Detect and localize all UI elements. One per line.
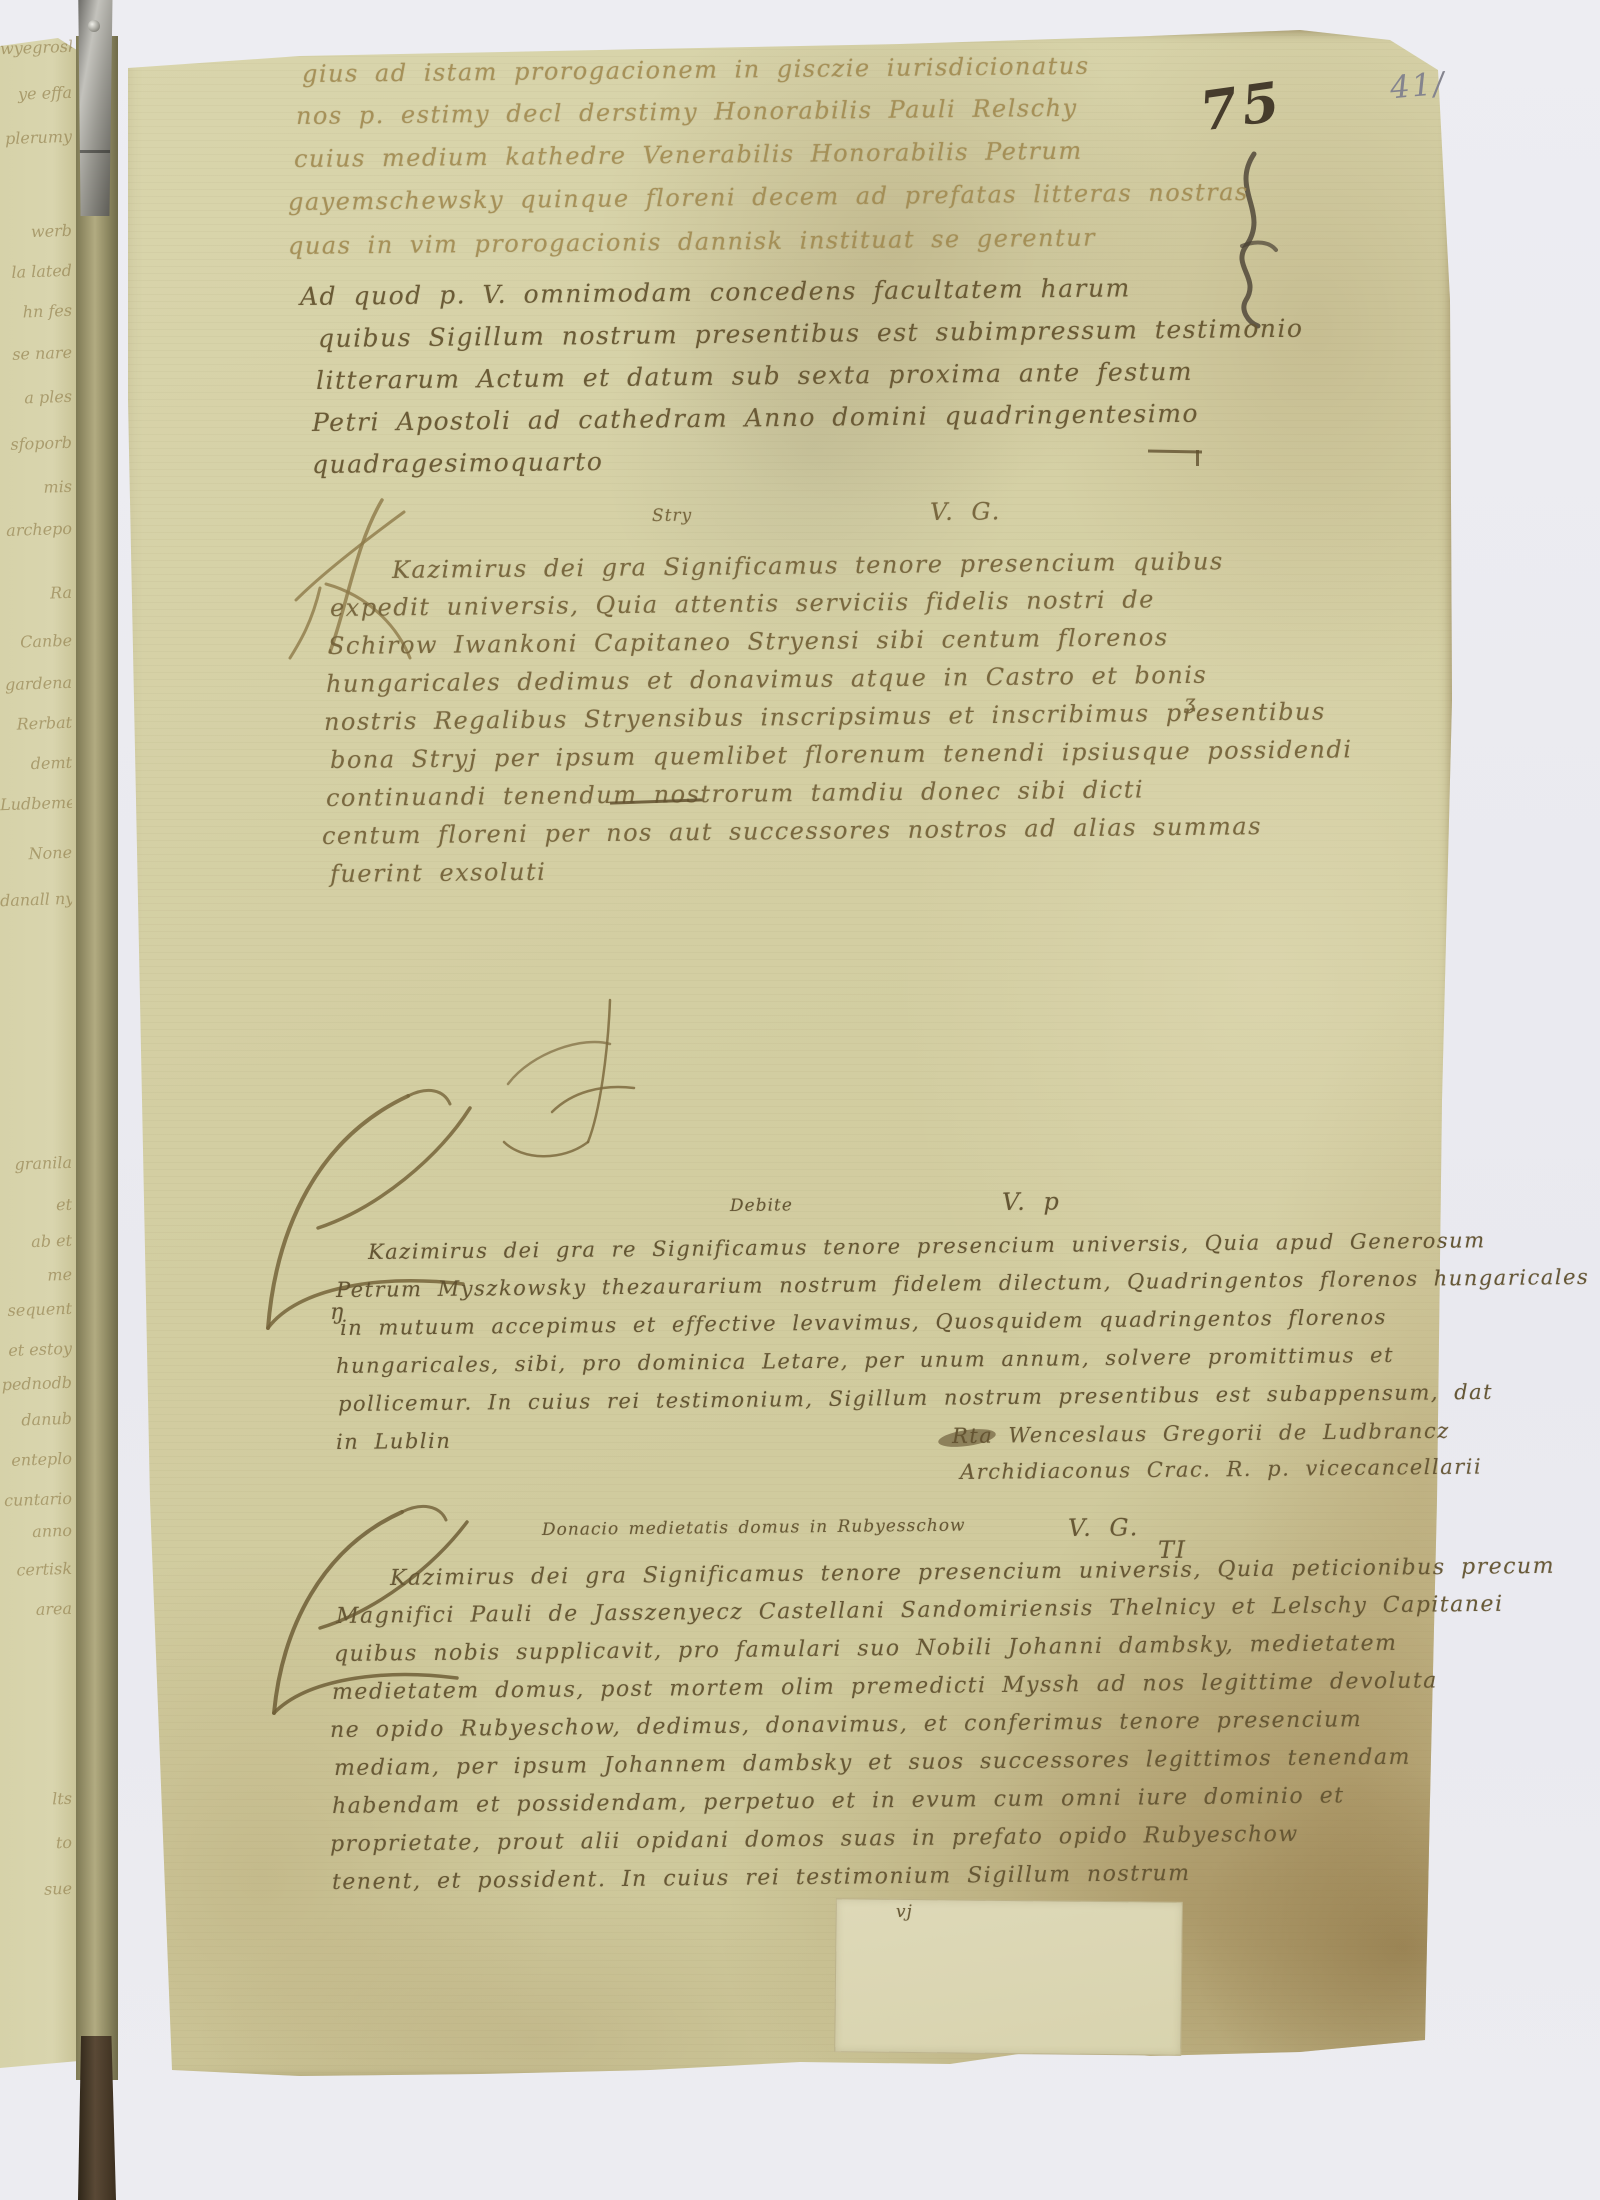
margin-fragment: certisk [0,1559,72,1581]
margin-fragment: hn fes [0,301,72,323]
margin-dash-tick [1196,450,1199,466]
margin-fragment: et [0,1195,72,1217]
manuscript-scan: wyegrosk ye effa plerumy werb la lated h… [0,0,1600,2200]
margin-fragment: danall ny [0,889,72,911]
margin-fragment: wyegrosk [0,37,72,59]
pen-flourish [492,992,642,1172]
margin-fragment: archepo [0,519,72,541]
entry-line: in Lublin [336,1429,452,1454]
margin-fragment: me [0,1265,72,1287]
repair-patch [834,1898,1183,2056]
margin-fragment: demt [0,753,72,775]
margin-fragment: et estoy [0,1339,72,1361]
margin-fragment: Ludbemed [0,793,72,815]
margin-fragment: pednodb [0,1373,72,1395]
margin-fragment: plerumy [0,127,72,149]
margin-fragment: Ra [0,583,72,605]
clamp-rivet [88,20,100,32]
margin-fragment: werb [0,221,72,243]
margin-fragment: Rerbat [0,713,72,735]
margin-fragment: gardena [0,673,72,695]
clerk-mark: V. G. [930,497,1002,526]
clerk-mark: V. G. [1068,1513,1140,1542]
margin-fragment: anno [0,1521,72,1543]
binding-gutter [76,36,118,2080]
margin-fragment: None [0,843,72,865]
end-mark: vj [896,1902,913,1922]
margin-fragment: to [0,1833,72,1855]
margin-fragment: cuntario [0,1489,72,1511]
margin-mark: ʒ [1184,690,1197,714]
folio-number-pencil: 41/ [1389,66,1448,107]
margin-fragment: enteplo [0,1449,72,1471]
entry-heading: Stry [652,506,692,526]
margin-fragment: a ples [0,387,72,409]
entry-line: fuerint exsoluti [330,858,547,888]
margin-fragment: sue [0,1879,72,1901]
entry-note: Debite [730,1195,793,1216]
spine-strip [78,2036,116,2200]
margin-fragment: la lated [0,261,72,283]
margin-fragment: ab et [0,1231,72,1253]
clerk-mark: V. p [1002,1187,1061,1216]
margin-fragment: Canbe [0,631,72,653]
margin-fragment: ye effa [0,83,72,105]
initial-k-ornament [258,1078,488,1348]
margin-fragment: sfoporb [0,433,72,455]
margin-fragment: area [0,1599,72,1621]
margin-fragment: granila [0,1153,72,1175]
margin-fragment: danub [0,1409,72,1431]
entry-line: quadragesimoquarto [312,447,604,479]
margin-fragment: se nare [0,343,72,365]
margin-fragment: sequent [0,1299,72,1321]
margin-fragment: lts [0,1789,72,1811]
clamp-seam [78,150,110,153]
binding-clamp-bar [76,0,114,216]
margin-fragment: mis [0,477,72,499]
folio-number-ink: 75 [1196,69,1287,144]
